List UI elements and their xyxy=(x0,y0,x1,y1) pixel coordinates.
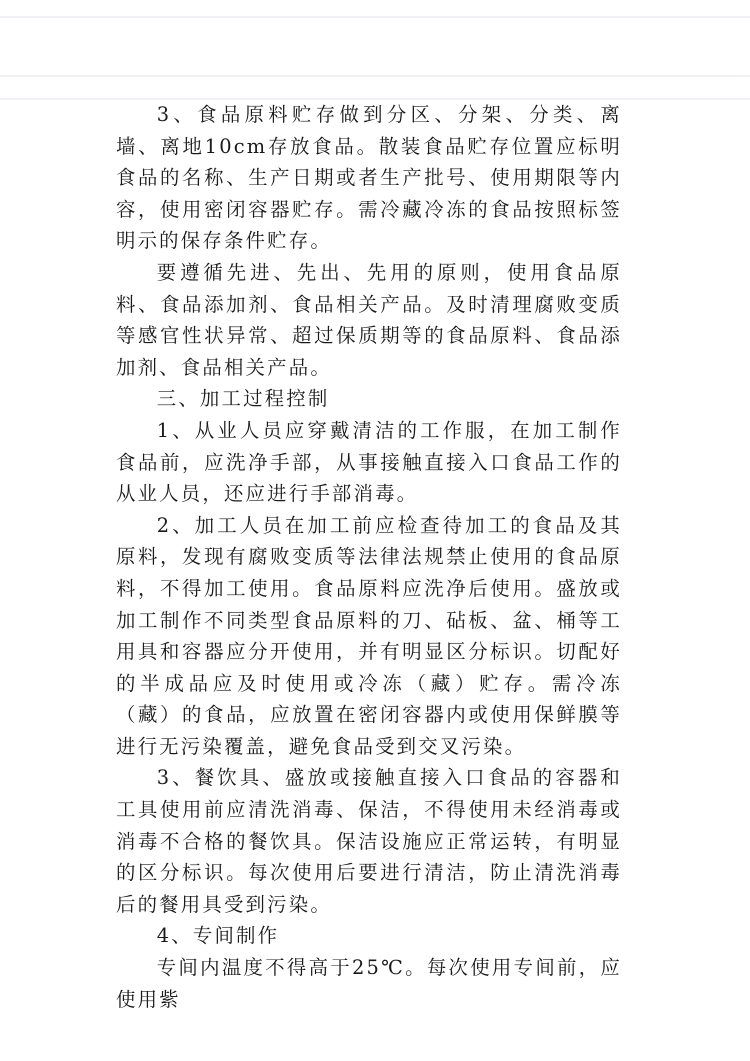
section-heading-processing-control: 三、加工过程控制 xyxy=(116,383,622,415)
paragraph-fifo: 要遵循先进、先出、先用的原则，使用食品原料、食品添加剂、食品相关产品。及时清理腐… xyxy=(116,257,622,383)
document-page: 3、食品原料贮存做到分区、分架、分类、离墙、离地10cm存放食品。散装食品贮存位… xyxy=(116,99,622,1015)
scan-artifact-line xyxy=(0,16,750,18)
subheading-dedicated-room: 4、专间制作 xyxy=(116,920,622,952)
paragraph-room-temperature: 专间内温度不得高于25℃。每次使用专间前，应使用紫 xyxy=(116,952,622,1015)
paragraph-storage: 3、食品原料贮存做到分区、分架、分类、离墙、离地10cm存放食品。散装食品贮存位… xyxy=(116,99,622,257)
paragraph-staff-hygiene: 1、从业人员应穿戴清洁的工作服，在加工制作食品前，应洗净手部，从事接触直接入口食… xyxy=(116,415,622,510)
paragraph-tableware: 3、餐饮具、盛放或接触直接入口食品的容器和工具使用前应清洗消毒、保洁，不得使用未… xyxy=(116,762,622,920)
paragraph-processing-check: 2、加工人员在加工前应检查待加工的食品及其原料，发现有腐败变质等法律法规禁止使用… xyxy=(116,510,622,763)
scan-artifact-line xyxy=(0,75,750,77)
